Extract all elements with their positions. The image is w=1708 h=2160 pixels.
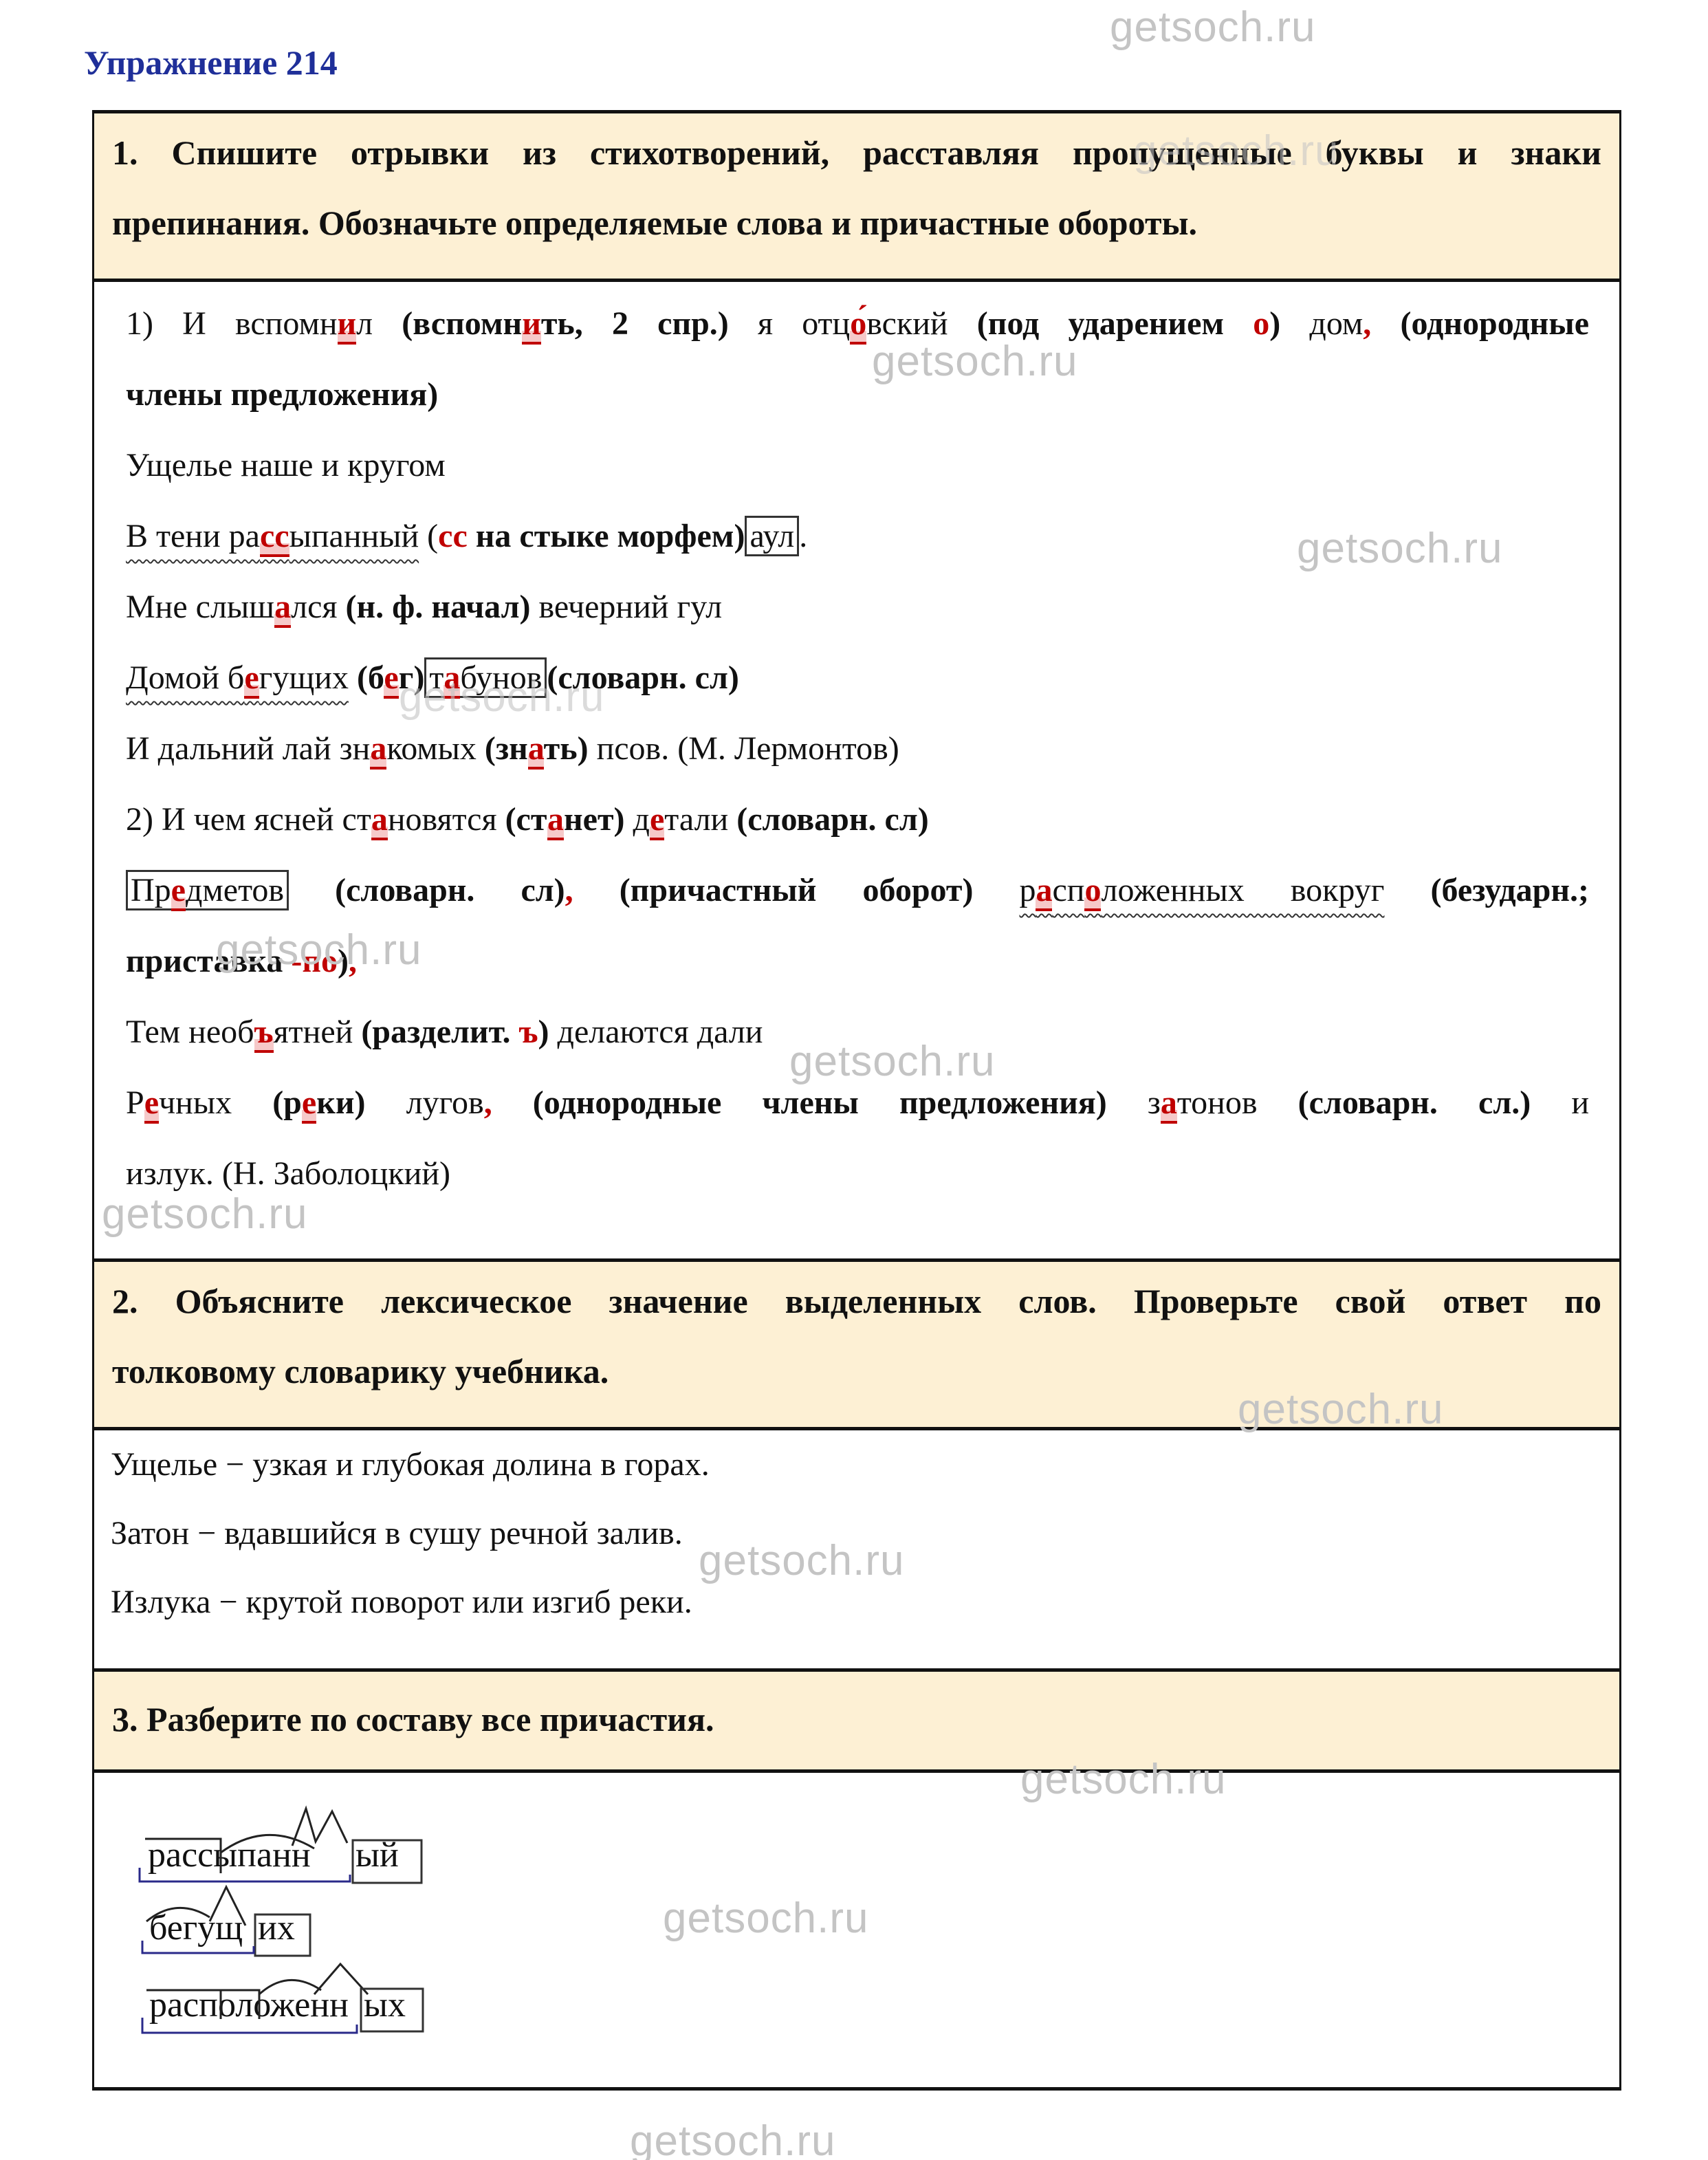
red-mark: о xyxy=(1253,305,1269,342)
defined-word-frame: Предметов xyxy=(126,870,289,910)
text-segment: 2) И чем ясней ст xyxy=(126,801,371,838)
exercise-title: Упражнение 214 xyxy=(84,43,338,83)
poem-line: Домой бегущих (бег)табунов(словарн. сл) xyxy=(126,642,1589,713)
annotation: члены предложения) xyxy=(126,376,438,413)
poem-line: В тени рассыпанный (сс на стыке морфем)а… xyxy=(126,501,1589,571)
task3-prompt: 3. Разберите по составу все причастия. xyxy=(112,1681,1601,1757)
text-segment: Домой б xyxy=(126,659,244,696)
annotation: (словарн. сл) xyxy=(736,801,929,838)
task1-prompt-line1: 1. Спишите отрывки из стихотворений, рас… xyxy=(112,118,1601,188)
text-segment: Тем необ xyxy=(126,1014,254,1050)
red-mark: , xyxy=(1363,305,1371,342)
annotation: ть) xyxy=(544,730,589,767)
annotation: (под ударением xyxy=(977,305,1253,342)
annotation: (б xyxy=(349,659,384,696)
red-mark: , xyxy=(484,1084,492,1121)
inserted-letter: е xyxy=(171,872,186,911)
poem-line: И дальний лай знакомых (знать) псов. (М.… xyxy=(126,713,1589,784)
inserted-letter: а xyxy=(274,589,291,628)
text-segment: сп xyxy=(1052,872,1084,908)
red-mark: сс xyxy=(438,518,468,554)
definition-izluka: Излука − крутой поворот или изгиб реки. xyxy=(111,1568,1603,1637)
inserted-letter: о́ xyxy=(850,305,866,345)
inserted-letter: и xyxy=(338,305,357,345)
svg-text:ый: ый xyxy=(355,1835,399,1875)
task2-prompt-line1: 2. Объясните лексическое значение выделе… xyxy=(112,1266,1601,1336)
poem-line: 1) И вспомнил (вспомнить, 2 спр.) я отцо… xyxy=(126,288,1589,359)
defined-word-frame: табунов xyxy=(424,657,547,698)
text-segment: Мне слыш xyxy=(126,589,274,625)
task2-prompt-line2: толковому словарику учебника. xyxy=(112,1336,1601,1406)
text-segment: излук. (Н. Заболоцкий) xyxy=(126,1155,450,1192)
text-segment: д xyxy=(625,801,650,838)
inserted-letter: е xyxy=(244,659,259,699)
text-segment: ыпанный xyxy=(289,518,419,554)
annotation: приставка xyxy=(126,943,291,979)
red-mark: -по xyxy=(291,943,338,979)
annotation: (причастный оборот) xyxy=(573,872,1020,908)
text-segment: И дальний лай зн xyxy=(126,730,370,767)
poem-line: Мне слышался (н. ф. начал) вечерний гул xyxy=(126,571,1589,642)
annotation: ть, 2 спр.) xyxy=(541,305,729,342)
annotation: (безударн.; xyxy=(1384,872,1589,908)
inserted-letter: а xyxy=(371,801,388,840)
annotation: на стыке морфем) xyxy=(468,518,745,554)
annotation: (словарн. сл) xyxy=(547,659,739,696)
inserted-letter: а xyxy=(1036,872,1052,911)
table-bottom-border xyxy=(94,2087,1619,2091)
inserted-letter: а xyxy=(547,801,564,840)
annotation: (зн xyxy=(485,730,528,767)
text-segment: Пр xyxy=(131,872,171,908)
task1-lines: 1) И вспомнил (вспомнить, 2 спр.) я отцо… xyxy=(126,279,1589,1209)
annotation: (разделит. xyxy=(361,1014,518,1050)
text-segment: вский xyxy=(866,305,977,342)
poem-line: Речных (реки) лугов, (однородные члены п… xyxy=(126,1067,1589,1138)
red-mark: , xyxy=(349,943,357,979)
inserted-letter: о xyxy=(1084,872,1101,911)
text-segment: комых xyxy=(386,730,485,767)
poem-line: члены предложения) xyxy=(126,359,1589,430)
definition-zaton: Затон − вдавшийся в сушу речной залив. xyxy=(111,1499,1603,1568)
participle-underline: Домой бегущих xyxy=(126,659,349,699)
text-segment: бунов xyxy=(460,659,542,696)
text-segment: чных xyxy=(159,1084,272,1121)
morpheme-word-raspolozhennyh: расположенн ых xyxy=(142,1964,423,2033)
inserted-letter: и xyxy=(522,305,541,345)
text-segment: дметов xyxy=(186,872,284,908)
inserted-letter: е xyxy=(144,1084,159,1124)
text-segment: лся xyxy=(291,589,345,625)
inserted-letter: а xyxy=(444,659,460,699)
morpheme-word-rassypannyy: рассыпанн ый xyxy=(140,1809,421,1883)
task1-answer: 1) И вспомнил (вспомнить, 2 спр.) я отцо… xyxy=(94,279,1619,1262)
text-segment: делаются дали xyxy=(549,1014,763,1050)
poem-line: 2) И чем ясней становятся (станет) детал… xyxy=(126,784,1589,855)
annotation: ки) xyxy=(316,1084,365,1121)
poem-line: излук. (Н. Заболоцкий) xyxy=(126,1138,1589,1209)
text-segment: новятся xyxy=(388,801,505,838)
svg-text:бегущ: бегущ xyxy=(149,1908,243,1948)
red-mark: , xyxy=(565,872,573,908)
inserted-letter: е xyxy=(650,801,664,840)
task1-prompt-line2: препинания. Обозначьте определяемые слов… xyxy=(112,188,1601,258)
inserted-letter: е xyxy=(384,659,398,699)
annotation: (словарн. сл.) xyxy=(1298,1084,1531,1121)
definition-ushchelye: Ущелье − узкая и глубокая долина в горах… xyxy=(111,1430,1603,1499)
text-segment: В тени ра xyxy=(126,518,260,554)
text-segment: Р xyxy=(126,1084,144,1121)
text-segment: 1) И вспомн xyxy=(126,305,338,342)
svg-text:рассыпанн: рассыпанн xyxy=(148,1835,311,1875)
text-segment: аул xyxy=(749,518,794,554)
text-segment: ятней xyxy=(274,1014,362,1050)
text-segment: т xyxy=(429,659,444,696)
annotation: (словарн. сл) xyxy=(289,872,565,908)
morpheme-diagrams: рассыпанн ый бегущ их xyxy=(108,1784,658,2073)
svg-text:расположенн: расположенн xyxy=(149,1985,349,2025)
annotation: нет) xyxy=(564,801,625,838)
poem-line: Предметов (словарн. сл), (причастный обо… xyxy=(126,855,1589,926)
participle-underline: В тени рассыпанный xyxy=(126,518,419,557)
annotation: ) xyxy=(538,1014,549,1050)
task2-answer: Ущелье − узкая и глубокая долина в горах… xyxy=(94,1428,1619,1671)
annotation: (вспомн xyxy=(402,305,522,342)
annotation: (р xyxy=(272,1084,302,1121)
text-segment: гущих xyxy=(259,659,349,696)
defined-word-frame: аул xyxy=(745,516,799,556)
svg-text:ых: ых xyxy=(364,1985,406,2025)
red-mark: ъ xyxy=(519,1014,538,1050)
morpheme-word-beguschih: бегущ их xyxy=(142,1887,310,1956)
inserted-letter: е xyxy=(302,1084,316,1124)
text-segment: лугов xyxy=(365,1084,483,1121)
text-segment: я отц xyxy=(729,305,850,342)
inserted-letter: ъ xyxy=(254,1014,274,1053)
text-segment: псов. (М. Лермонтов) xyxy=(589,730,899,767)
exercise-table: 1. Спишите отрывки из стихотворений, рас… xyxy=(92,110,1621,2091)
annotation: (ст xyxy=(505,801,547,838)
task3-header: 3. Разберите по составу все причастия. xyxy=(94,1668,1619,1773)
poem-line: Тем необъятней (разделит. ъ) делаются да… xyxy=(126,996,1589,1067)
poem-line: Ущелье наше и кругом xyxy=(126,430,1589,501)
text-segment: . xyxy=(799,518,807,554)
text-segment: р xyxy=(1019,872,1036,908)
text-segment: тали xyxy=(664,801,736,838)
task1-header: 1. Спишите отрывки из стихотворений, рас… xyxy=(94,110,1619,282)
text-segment: тонов xyxy=(1177,1084,1298,1121)
inserted-letter: а xyxy=(528,730,544,770)
text-segment: ложенных вокруг xyxy=(1101,872,1384,908)
annotation: ) xyxy=(338,943,349,979)
inserted-letter: сс xyxy=(260,518,289,557)
text-segment: з xyxy=(1107,1084,1161,1121)
watermark: getsoch.ru xyxy=(630,2117,836,2160)
task2-header: 2. Объясните лексическое значение выделе… xyxy=(94,1258,1619,1430)
annotation: (однородные члены предложения) xyxy=(492,1084,1107,1121)
watermark: getsoch.ru xyxy=(1110,3,1316,52)
annotation: ) xyxy=(1269,305,1280,342)
participle-underline: расположенных вокруг xyxy=(1019,872,1384,911)
annotation: (однородные xyxy=(1371,305,1589,342)
text-segment: и xyxy=(1531,1084,1589,1121)
text-segment: л xyxy=(356,305,402,342)
text-segment: Ущелье наше и кругом xyxy=(126,447,446,483)
text-segment: вечерний гул xyxy=(530,589,722,625)
text-segment: ( xyxy=(419,518,438,554)
annotation: г) xyxy=(399,659,425,696)
task3-answer: рассыпанн ый бегущ их xyxy=(94,1770,1619,2091)
inserted-letter: а xyxy=(370,730,386,770)
inserted-letter: а xyxy=(1161,1084,1177,1124)
annotation: (н. ф. начал) xyxy=(345,589,530,625)
text-segment: дом xyxy=(1280,305,1363,342)
poem-line: приставка -по), xyxy=(126,926,1589,996)
